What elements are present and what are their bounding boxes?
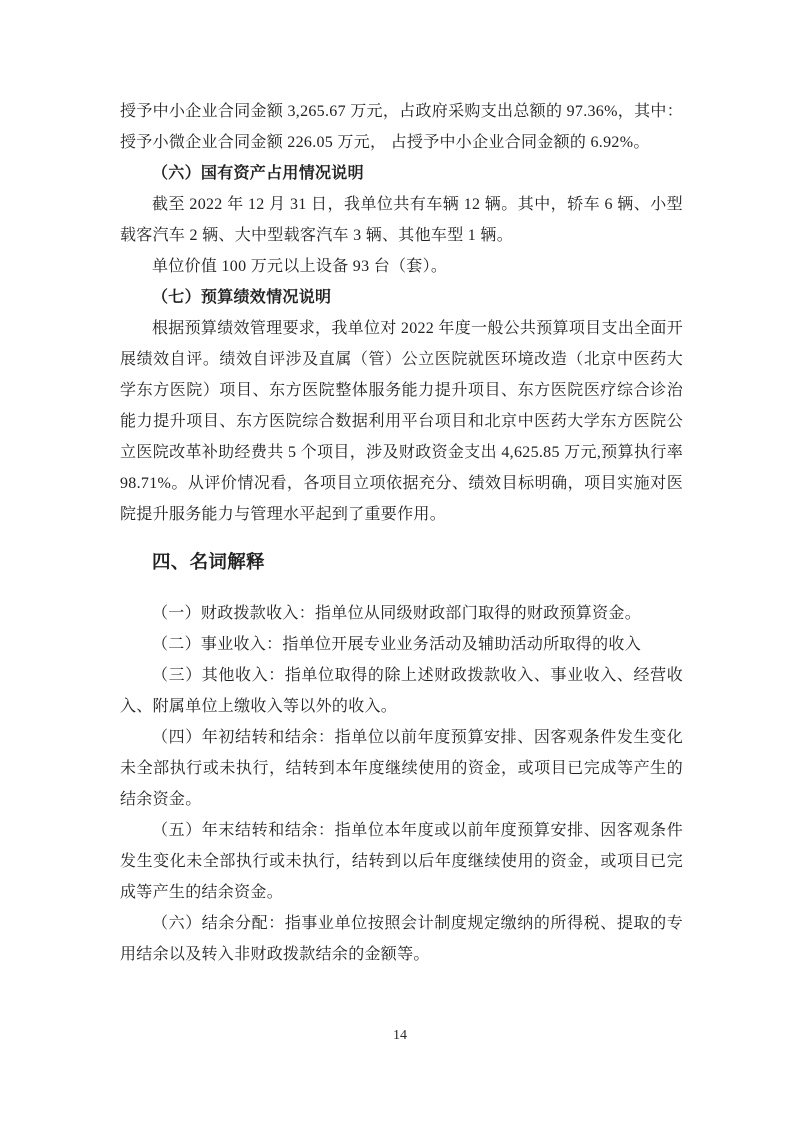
page-number: 14 [0, 1028, 800, 1044]
term-definition-other-income: （三）其他收入：指单位取得的除上述财政拨款收入、事业收入、经营收入、附属单位上缴… [120, 660, 683, 722]
term-definition-fiscal-appropriation: （一）财政拨款收入：指单位从同级财政部门取得的财政预算资金。 [120, 598, 683, 629]
para-performance-evaluation: 根据预算绩效管理要求，我单位对 2022 年度一般公共预算项目支出全面开展绩效自… [120, 313, 683, 530]
heading-budget-performance: （七）预算绩效情况说明 [120, 282, 683, 313]
term-definition-business-income: （二）事业收入：指单位开展专业业务活动及辅助活动所取得的收入 [120, 629, 683, 660]
section-title-terms: 四、名词解释 [120, 548, 683, 579]
document-page: 授予中小企业合同金额 3,265.67 万元，占政府采购支出总额的 97.36%… [0, 0, 800, 1131]
term-definition-surplus-distribution: （六）结余分配：指事业单位按照会计制度规定缴纳的所得税、提取的专用结余以及转入非… [120, 908, 683, 970]
term-definition-beginning-carryover: （四）年初结转和结余：指单位以前年度预算安排、因客观条件发生变化未全部执行或未执… [120, 722, 683, 815]
para-smb-contracts: 授予中小企业合同金额 3,265.67 万元，占政府采购支出总额的 97.36%… [120, 96, 683, 158]
heading-state-assets: （六）国有资产占用情况说明 [120, 158, 683, 189]
term-definition-yearend-carryover: （五）年末结转和结余：指单位本年度或以前年度预算安排、因客观条件发生变化未全部执… [120, 815, 683, 908]
para-vehicles: 截至 2022 年 12 月 31 日，我单位共有车辆 12 辆。其中，轿车 6… [120, 189, 683, 251]
para-equipment: 单位价值 100 万元以上设备 93 台（套）。 [120, 251, 683, 282]
